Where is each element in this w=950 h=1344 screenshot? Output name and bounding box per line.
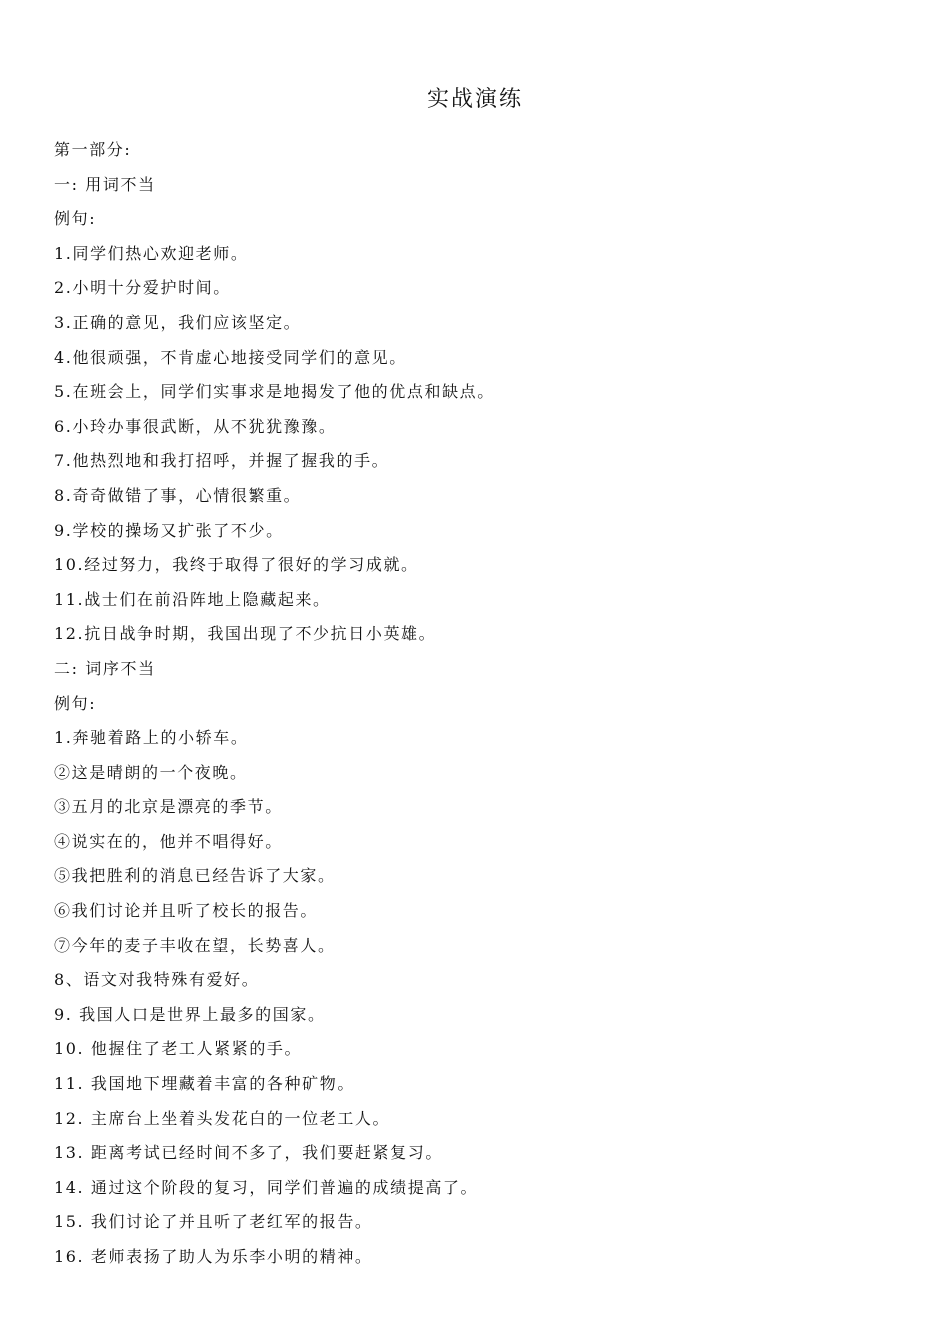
list-item: ⑤我把胜利的消息已经告诉了大家。 bbox=[54, 863, 914, 898]
list-item: ②这是晴朗的一个夜晚。 bbox=[54, 760, 914, 795]
list-item: 5.在班会上，同学们实事求是地揭发了他的优点和缺点。 bbox=[54, 379, 914, 414]
document-body: 第一部分: 一: 用词不当 例句: 1.同学们热心欢迎老师。 2.小明十分爱护时… bbox=[54, 137, 914, 1279]
list-item: 8、语文对我特殊有爱好。 bbox=[54, 967, 914, 1002]
list-item: ③五月的北京是漂亮的季节。 bbox=[54, 794, 914, 829]
section-heading-word-order: 二: 词序不当 bbox=[54, 656, 914, 691]
list-item: ⑦今年的麦子丰收在望，长势喜人。 bbox=[54, 933, 914, 968]
list-item: 6.小玲办事很武断，从不犹犹豫豫。 bbox=[54, 414, 914, 449]
example-label: 例句: bbox=[54, 206, 914, 241]
list-item: 9.学校的操场又扩张了不少。 bbox=[54, 518, 914, 553]
list-item: 14. 通过这个阶段的复习，同学们普遍的成绩提高了。 bbox=[54, 1175, 914, 1210]
list-item: ④说实在的，他并不唱得好。 bbox=[54, 829, 914, 864]
list-item: 9. 我国人口是世界上最多的国家。 bbox=[54, 1002, 914, 1037]
list-item: 12. 主席台上坐着头发花白的一位老工人。 bbox=[54, 1106, 914, 1141]
list-item: 13. 距离考试已经时间不多了，我们要赶紧复习。 bbox=[54, 1140, 914, 1175]
section-heading-word-misuse: 一: 用词不当 bbox=[54, 172, 914, 207]
list-item: 1.同学们热心欢迎老师。 bbox=[54, 241, 914, 276]
list-item: 12.抗日战争时期，我国出现了不少抗日小英雄。 bbox=[54, 621, 914, 656]
list-item: 2.小明十分爱护时间。 bbox=[54, 275, 914, 310]
list-item: 1.奔驰着路上的小轿车。 bbox=[54, 725, 914, 760]
list-item: 7.他热烈地和我打招呼，并握了握我的手。 bbox=[54, 448, 914, 483]
list-item: 4.他很顽强，不肯虚心地接受同学们的意见。 bbox=[54, 345, 914, 380]
list-item: 11.战士们在前沿阵地上隐藏起来。 bbox=[54, 587, 914, 622]
document-page: 实战演练 第一部分: 一: 用词不当 例句: 1.同学们热心欢迎老师。 2.小明… bbox=[0, 0, 950, 1344]
page-title: 实战演练 bbox=[0, 84, 950, 116]
list-item: 16. 老师表扬了助人为乐李小明的精神。 bbox=[54, 1244, 914, 1279]
list-item: 11. 我国地下埋藏着丰富的各种矿物。 bbox=[54, 1071, 914, 1106]
list-item: 10.经过努力，我终于取得了很好的学习成就。 bbox=[54, 552, 914, 587]
example-label: 例句: bbox=[54, 691, 914, 726]
list-item: 8.奇奇做错了事，心情很繁重。 bbox=[54, 483, 914, 518]
list-item: ⑥我们讨论并且听了校长的报告。 bbox=[54, 898, 914, 933]
list-item: 15. 我们讨论了并且听了老红军的报告。 bbox=[54, 1209, 914, 1244]
part-heading: 第一部分: bbox=[54, 137, 914, 172]
list-item: 10. 他握住了老工人紧紧的手。 bbox=[54, 1036, 914, 1071]
list-item: 3.正确的意见，我们应该坚定。 bbox=[54, 310, 914, 345]
